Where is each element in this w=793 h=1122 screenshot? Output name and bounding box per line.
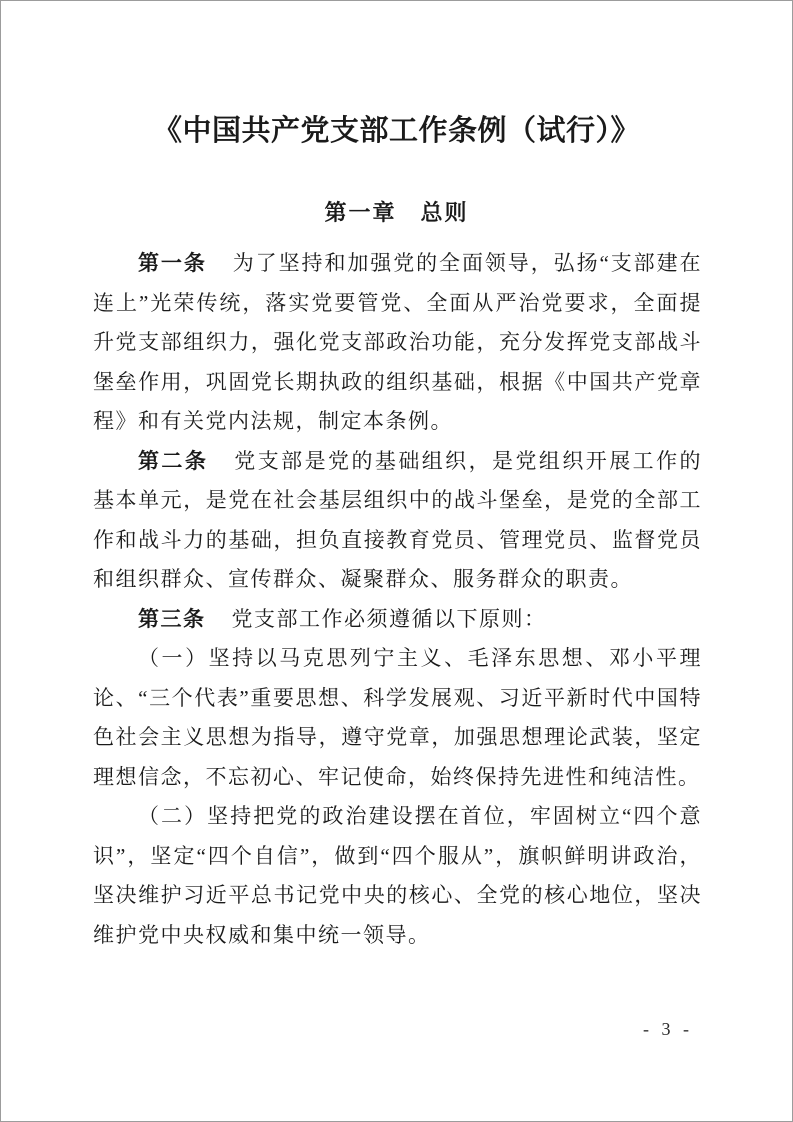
- document-body: 第一条为了坚持和加强党的全面领导，弘扬“支部建在连上”光荣传统，落实党要管党、全…: [93, 244, 702, 955]
- principle-2-text: （二）坚持把党的政治建设摆在首位，牢固树立“四个意识”，坚定“四个自信”，做到“…: [93, 804, 702, 947]
- page-number: - 3 -: [643, 1017, 693, 1041]
- document-page: 《中国共产党支部工作条例（试行）》 第一章 总则 第一条为了坚持和加强党的全面领…: [0, 0, 793, 1122]
- document-title: 《中国共产党支部工作条例（试行）》: [1, 111, 792, 151]
- article-1-text: 为了坚持和加强党的全面领导，弘扬“支部建在连上”光荣传统，落实党要管党、全面从严…: [93, 251, 702, 433]
- paragraph-article-3: 第三条党支部工作必须遵循以下原则：: [93, 600, 702, 640]
- paragraph-principle-2: （二）坚持把党的政治建设摆在首位，牢固树立“四个意识”，坚定“四个自信”，做到“…: [93, 797, 702, 955]
- article-2-label: 第二条: [138, 449, 208, 473]
- paragraph-article-2: 第二条党支部是党的基础组织，是党组织开展工作的基本单元，是党在社会基层组织中的战…: [93, 442, 702, 600]
- chapter-heading: 第一章 总则: [1, 198, 792, 228]
- principle-1-text: （一）坚持以马克思列宁主义、毛泽东思想、邓小平理论、“三个代表”重要思想、科学发…: [93, 646, 702, 789]
- paragraph-principle-1: （一）坚持以马克思列宁主义、毛泽东思想、邓小平理论、“三个代表”重要思想、科学发…: [93, 639, 702, 797]
- paragraph-article-1: 第一条为了坚持和加强党的全面领导，弘扬“支部建在连上”光荣传统，落实党要管党、全…: [93, 244, 702, 442]
- article-1-label: 第一条: [138, 251, 207, 275]
- article-3-text: 党支部工作必须遵循以下原则：: [232, 607, 547, 631]
- article-3-label: 第三条: [138, 607, 206, 631]
